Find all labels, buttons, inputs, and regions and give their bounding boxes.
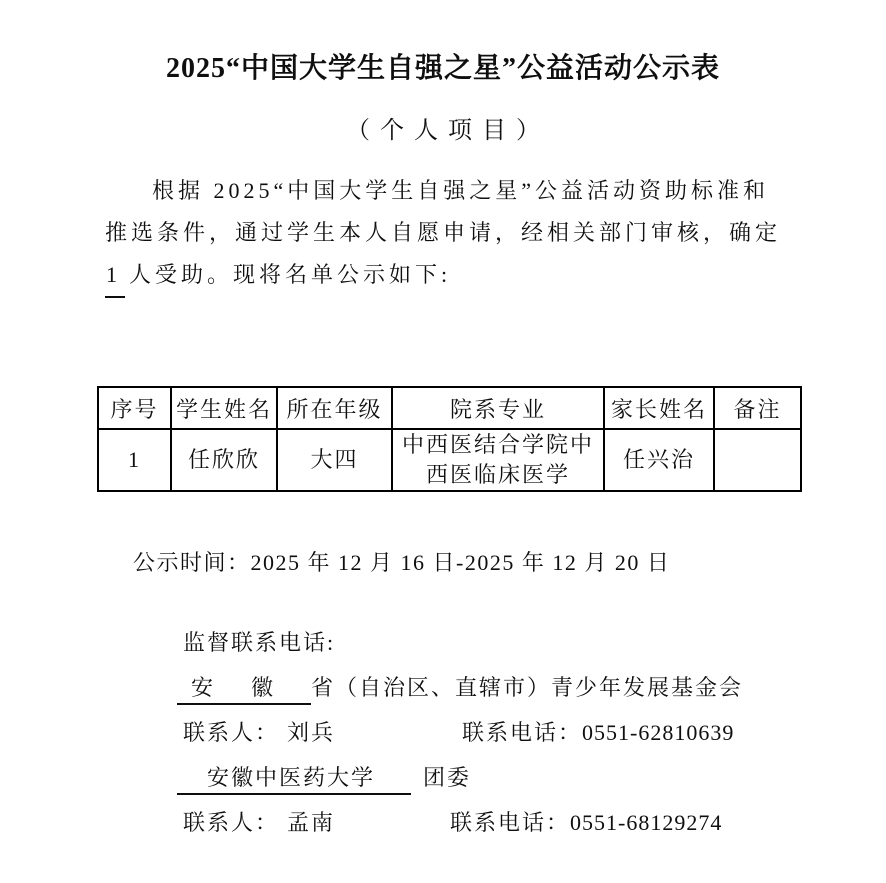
roster-table: 序号 学生姓名 所在年级 院系专业 家长姓名 备注 1 任欣欣 大四 中西医结合…	[97, 386, 802, 492]
contact-1-name: 刘兵	[287, 710, 462, 755]
province-blank: 安 徽	[177, 673, 311, 705]
intro-line-1: 根据 2025“中国大学生自强之星”公益活动资助标准和	[105, 170, 801, 212]
contact-2-name: 孟南	[287, 800, 450, 845]
province-org-line: 安 徽省（自治区、直辖市）青少年发展基金会	[0, 665, 886, 710]
contact-2-phone-label: 联系电话：	[450, 810, 570, 835]
contact-2-phone-number: 0551-68129274	[570, 810, 722, 835]
cell-student-name: 任欣欣	[171, 429, 277, 491]
contact-1-label: 联系人：	[183, 720, 279, 745]
header-student-name: 学生姓名	[171, 387, 277, 429]
university-suffix: 团委	[423, 765, 471, 790]
header-grade: 所在年级	[277, 387, 392, 429]
supervision-heading: 监督联系电话:	[0, 620, 886, 665]
contact-1-phone-number: 0551-62810639	[582, 720, 734, 745]
university-blank: 安徽中医药大学	[177, 763, 411, 795]
supervision-contacts: 监督联系电话: 安 徽省（自治区、直辖市）青少年发展基金会 联系人：刘兵联系电话…	[0, 620, 886, 845]
table-header-row: 序号 学生姓名 所在年级 院系专业 家长姓名 备注	[98, 387, 801, 429]
contact-2-label: 联系人：	[183, 810, 279, 835]
document-title: 2025“中国大学生自强之星”公益活动公示表	[0, 46, 886, 86]
contact-line-1: 联系人：刘兵联系电话：0551-62810639	[0, 710, 886, 755]
recipient-count: 1	[105, 254, 125, 298]
intro-line-3-text: 人受助。现将名单公示如下:	[129, 262, 451, 287]
header-department: 院系专业	[392, 387, 604, 429]
header-no: 序号	[98, 387, 171, 429]
cell-grade: 大四	[277, 429, 392, 491]
table-row: 1 任欣欣 大四 中西医结合学院中西医临床医学 任兴治	[98, 429, 801, 491]
intro-line-2: 推选条件，通过学生本人自愿申请，经相关部门审核，确定	[105, 212, 801, 254]
cell-department: 中西医结合学院中西医临床医学	[392, 429, 604, 491]
document-subtitle: （个人项目）	[0, 110, 886, 145]
header-remark: 备注	[714, 387, 801, 429]
publicity-period: 公示时间：2025 年 12 月 16 日-2025 年 12 月 20 日	[133, 542, 670, 584]
intro-paragraph: 根据 2025“中国大学生自强之星”公益活动资助标准和 推选条件，通过学生本人自…	[105, 170, 801, 298]
university-org-line: 安徽中医药大学团委	[0, 755, 886, 800]
intro-line-3: 1人受助。现将名单公示如下:	[105, 254, 801, 298]
contact-1-phone-label: 联系电话：	[462, 720, 582, 745]
cell-no: 1	[98, 429, 171, 491]
cell-remark	[714, 429, 801, 491]
province-suffix: 省（自治区、直辖市）青少年发展基金会	[311, 675, 743, 700]
document-page: 2025“中国大学生自强之星”公益活动公示表 （个人项目） 根据 2025“中国…	[0, 0, 886, 883]
header-parent-name: 家长姓名	[604, 387, 714, 429]
cell-parent-name: 任兴治	[604, 429, 714, 491]
contact-line-2: 联系人：孟南联系电话：0551-68129274	[0, 800, 886, 845]
